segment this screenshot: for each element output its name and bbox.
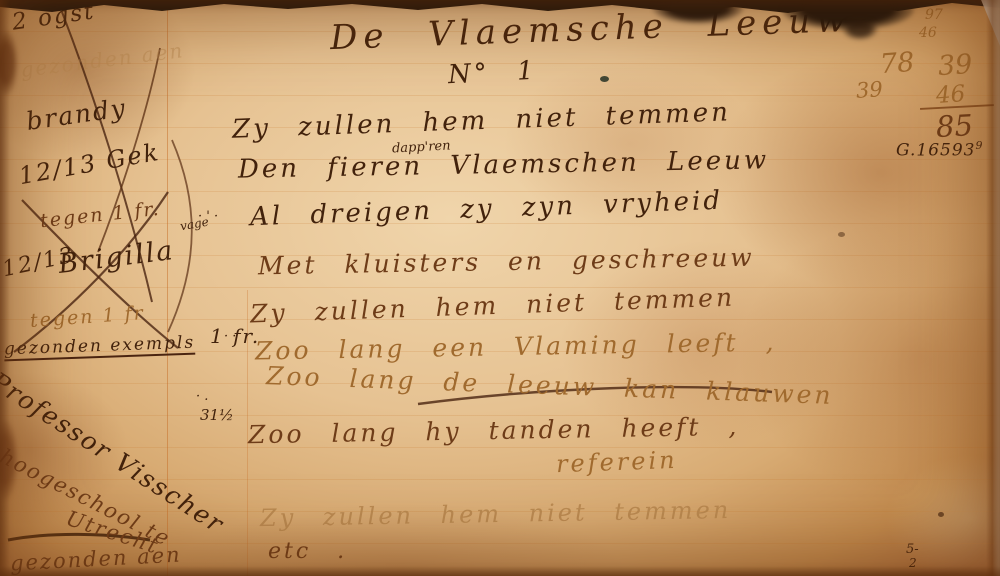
torn-right-edge [986,0,1000,576]
catalog-number-sup: 9 [975,139,983,152]
burn-mark [842,18,878,40]
margin-sum-digit: 46 [935,83,966,108]
catalog-number: G.165939 [896,140,983,160]
ink-speck [600,76,609,82]
refrain-label: referein [556,448,678,476]
catalog-number-main: G.16593 [896,141,975,161]
page-fraction-top: 5- [906,543,919,556]
title-number: N° 1 [447,58,537,89]
ink-speck [938,512,944,517]
margin-number-note: 31½ [200,408,234,423]
margin-sum-digit: 39 [937,51,973,80]
margin-sum-digit: 46 [919,26,937,40]
dot-marks: · · [224,330,236,343]
ink-speck [838,232,845,237]
margin-sum-digit: 78 [879,49,915,78]
dot-marks: · . [196,390,208,403]
manuscript-scan: De Vlaemsche Leeuw N° 1 Zy zullen hem ni… [0,0,1000,576]
bottom-edge-shadow [0,566,1000,576]
etc-label: etc . [268,541,347,563]
margin-sum-digit: 97 [925,8,943,22]
margin-sum-total: 85 [935,111,973,142]
dot-marks: · ' · [198,210,218,223]
margin-sum-digit: 39 [855,79,883,102]
